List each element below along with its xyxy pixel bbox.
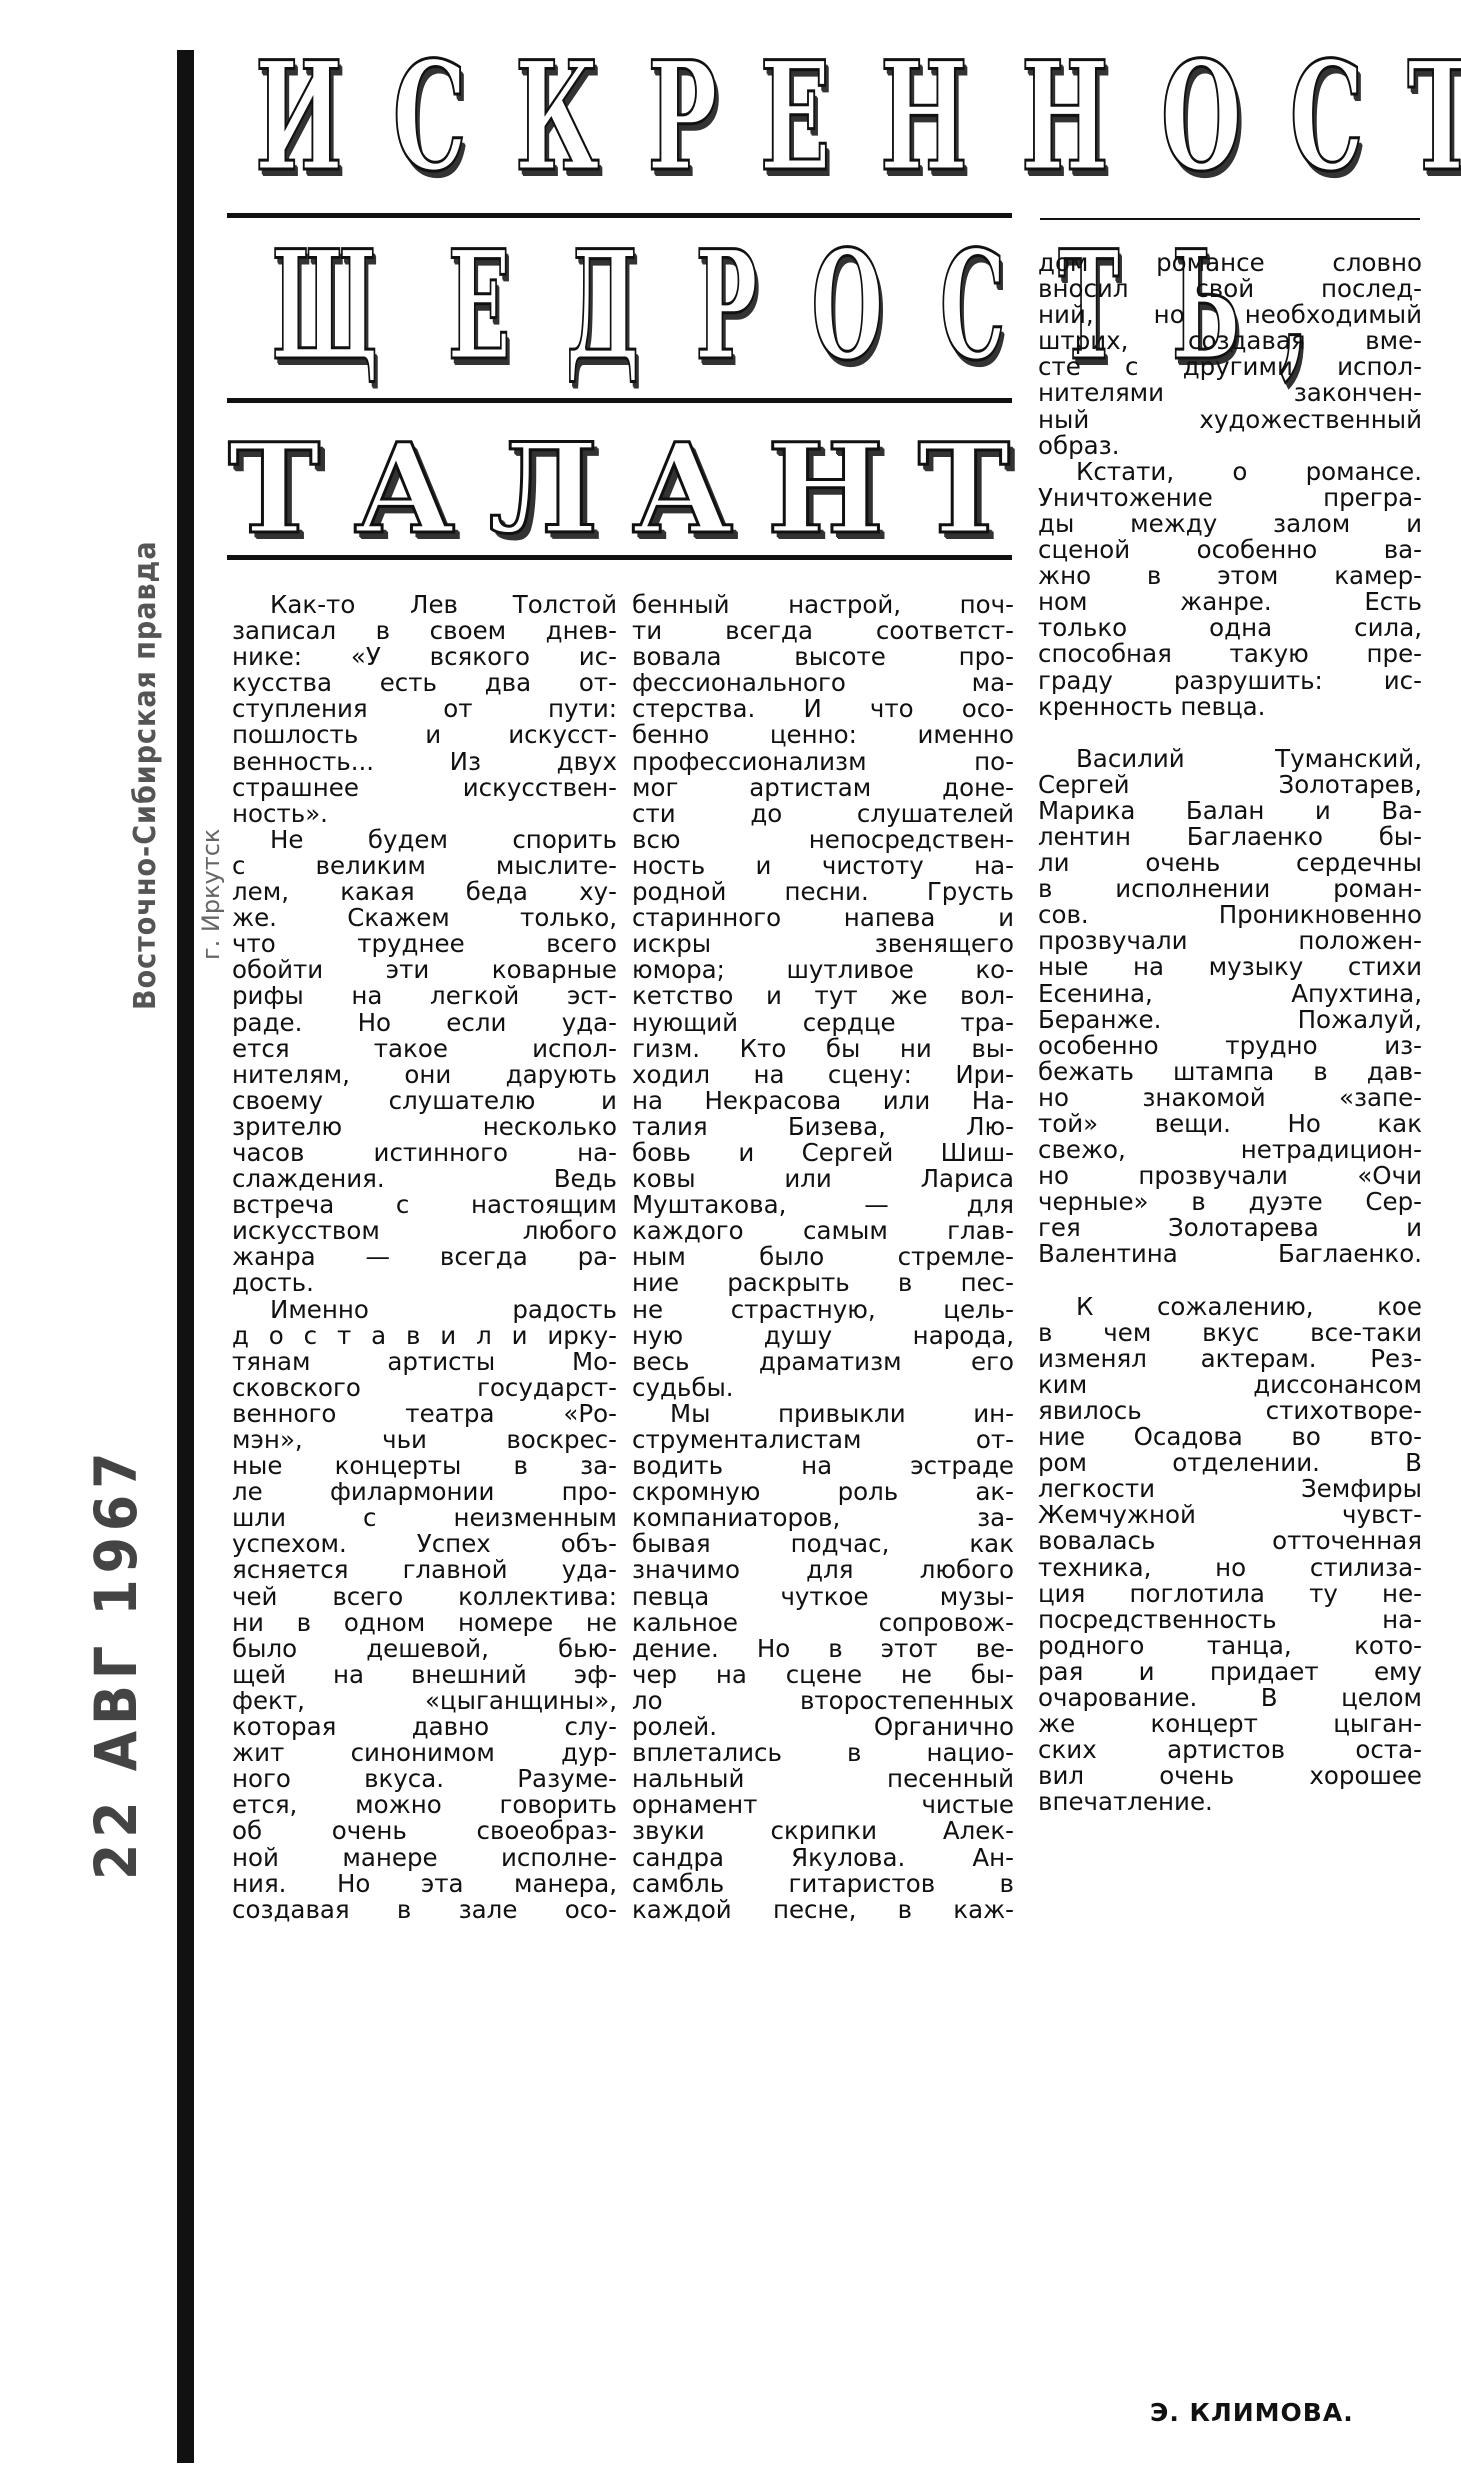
text-line: страшнее искусствен-	[232, 775, 617, 801]
text-line: ром отделении. В	[1038, 1450, 1422, 1476]
headline-line-2: ЩЕДРОСТЬ,	[228, 236, 1010, 376]
text-line: бенно ценно: именно	[632, 722, 1014, 748]
text-line: нальный песенный	[632, 1766, 1014, 1792]
text-line: значимо для любого	[632, 1557, 1014, 1583]
text-line: ность».	[232, 801, 617, 827]
text-line: фект, «цыганщины»,	[232, 1688, 617, 1714]
text-line: кетство и тут же вол-	[632, 983, 1014, 1009]
text-line: ным было стремле-	[632, 1244, 1014, 1270]
text-line: Мы привыкли ин-	[632, 1401, 1014, 1427]
text-line: нующий сердце тра-	[632, 1010, 1014, 1036]
text-line: каждого самым глав-	[632, 1218, 1014, 1244]
headline-letter: К	[515, 52, 600, 182]
text-line: своему слушателю и	[232, 1088, 617, 1114]
text-line: Беранже. Пожалуй,	[1038, 1007, 1422, 1033]
text-line: жанра — всегда ра-	[232, 1244, 617, 1270]
text-line: фессионального ма-	[632, 670, 1014, 696]
column-3-top-rule	[1040, 218, 1420, 220]
text-line: бовь и Сергей Шиш-	[632, 1140, 1014, 1166]
text-line: тянам артисты Мо-	[232, 1349, 617, 1375]
text-line: чер на сцене не бы-	[632, 1662, 1014, 1688]
text-line: записал в своем днев-	[232, 618, 617, 644]
text-line: ким диссонансом	[1038, 1372, 1422, 1398]
text-line: ние раскрыть в пес-	[632, 1270, 1014, 1296]
text-line: кусства есть два от-	[232, 670, 617, 696]
text-line: юмора; шутливое ко-	[632, 957, 1014, 983]
text-line: венного театра «Ро-	[232, 1401, 617, 1427]
text-line: струменталистам от-	[632, 1427, 1014, 1453]
headline-letter: Е	[448, 236, 511, 376]
text-line: родного танца, кото-	[1038, 1633, 1422, 1659]
text-line: обойти эти коварные	[232, 957, 617, 983]
text-line: шли с неизменным	[232, 1505, 617, 1531]
text-line: же. Скажем только,	[232, 905, 617, 931]
margin-bar	[177, 50, 194, 2463]
text-line: ни в одном номере не	[232, 1610, 617, 1636]
text-line: образ.	[1038, 433, 1422, 459]
text-line: д о с т а в и л и ирку-	[232, 1323, 617, 1349]
headline-letter: С	[1290, 52, 1364, 182]
text-line: слаждения. Ведь	[232, 1166, 617, 1192]
text-line: впечатление.	[1038, 1789, 1422, 1815]
text-line: водить на эстраде	[632, 1453, 1014, 1479]
text-line: рая и придает ему	[1038, 1659, 1422, 1685]
text-line: Валентина Баглаенко.	[1038, 1241, 1422, 1267]
text-line: гизм. Кто бы ни вы-	[632, 1036, 1014, 1062]
text-line: искры звенящего	[632, 931, 1014, 957]
text-line: искусством любого	[232, 1218, 617, 1244]
text-line: с великим мыслите-	[232, 853, 617, 879]
text-line: талия Бизева, Лю-	[632, 1114, 1014, 1140]
text-line: сценой особенно ва-	[1038, 537, 1422, 563]
text-line: дом романсе словно	[1038, 250, 1422, 276]
text-line: но прозвучали «Очи	[1038, 1163, 1422, 1189]
headline-letter: И	[255, 52, 343, 182]
text-line: весь драматизм его	[632, 1349, 1014, 1375]
headline-letter: С	[940, 236, 1006, 376]
text-line: способная такую пре-	[1038, 641, 1422, 667]
text-line: сте с другими испол-	[1038, 354, 1422, 380]
text-line: вносил свой послед-	[1038, 276, 1422, 302]
text-line: Василий Туманский,	[1038, 746, 1422, 772]
text-line: ность и чистоту на-	[632, 853, 1014, 879]
text-line: свежо, нетрадицион-	[1038, 1137, 1422, 1163]
headline-letter: Щ	[272, 236, 379, 376]
text-line: нике: «У всякого ис-	[232, 644, 617, 670]
text-line: дость.	[232, 1270, 617, 1296]
text-line: Именно радость	[232, 1297, 617, 1323]
text-line: посредственность на-	[1038, 1607, 1422, 1633]
text-line: пошлость и искусст-	[232, 722, 617, 748]
headline-letter: Т	[918, 440, 1010, 540]
text-line: мэн», чьи воскрес-	[232, 1427, 617, 1453]
text-line: стерства. И что осо-	[632, 696, 1014, 722]
headline-letter: Н	[767, 440, 884, 540]
text-line: только одна сила,	[1038, 615, 1422, 641]
text-line: той» вещи. Но как	[1038, 1111, 1422, 1137]
author-byline: Э. КЛИМОВА.	[1150, 2398, 1354, 2427]
newspaper-stamp: Восточно-Сибирская правда	[128, 540, 163, 1010]
text-line: которая давно слу-	[232, 1714, 617, 1740]
text-line: сковского государст-	[232, 1375, 617, 1401]
article-column-2: бенный настрой, поч-ти всегда соответст-…	[632, 592, 1014, 1923]
text-line: ном жанре. Есть	[1038, 589, 1422, 615]
headline-letter: Т	[228, 440, 320, 540]
text-line: чей всего коллектива:	[232, 1584, 617, 1610]
text-line: раде. Но если уда-	[232, 1010, 617, 1036]
text-line: жит синонимом дур-	[232, 1740, 617, 1766]
text-line: Не будем спорить	[232, 827, 617, 853]
text-line: всю непосредствен-	[632, 827, 1014, 853]
text-line: не страстную, цель-	[632, 1297, 1014, 1323]
article-column-1: Как-то Лев Толстойзаписал в своем днев-н…	[232, 592, 617, 1923]
headline-letter: Р	[647, 52, 717, 182]
text-line: сти до слушателей	[632, 801, 1014, 827]
text-line: ды между залом и	[1038, 511, 1422, 537]
city-stamp: г. Иркутск	[197, 829, 225, 960]
text-line: щей на внешний эф-	[232, 1662, 617, 1688]
text-line: прозвучали положен-	[1038, 928, 1422, 954]
text-line: певца чуткое музы-	[632, 1584, 1014, 1610]
text-line: Муштакова, — для	[632, 1192, 1014, 1218]
text-line: ние Осадова во вто-	[1038, 1424, 1422, 1450]
text-line: сандра Якулова. Ан-	[632, 1845, 1014, 1871]
text-line: кальное сопровож-	[632, 1610, 1014, 1636]
text-line: явилось стихотворе-	[1038, 1398, 1422, 1424]
text-line: ло второстепенных	[632, 1688, 1014, 1714]
headline-letter: А	[632, 440, 733, 540]
article-column-3: дом романсе словновносил свой послед-ний…	[1038, 250, 1422, 1815]
headline-line-1: ИСКРЕННОСТЬ,	[228, 52, 1010, 182]
text-line: же концерт цыган-	[1038, 1711, 1422, 1737]
text-line: Есенина, Апухтина,	[1038, 981, 1422, 1007]
text-line: ния. Но эта манера,	[232, 1871, 617, 1897]
text-line: лем, какая беда ху-	[232, 879, 617, 905]
text-line: рифы на легкой эст-	[232, 983, 617, 1009]
headline-letter: Н	[1021, 52, 1109, 182]
text-line: успехом. Успех объ-	[232, 1531, 617, 1557]
text-line: кренность певца.	[1038, 694, 1422, 720]
text-line: Жемчужной чувст-	[1038, 1502, 1422, 1528]
headline-letter: Е	[760, 52, 831, 182]
text-line: гея Золотарева и	[1038, 1215, 1422, 1241]
text-line: ные концерты в за-	[232, 1453, 617, 1479]
headline-line-3: ТАЛАНТ	[228, 440, 1010, 540]
text-line: профессионализм по-	[632, 749, 1014, 775]
text-line: ция поглотила ту не-	[1038, 1581, 1422, 1607]
text-line: штрих, создавая вме-	[1038, 328, 1422, 354]
text-line: венность... Из двух	[232, 749, 617, 775]
text-line: нителями закончен-	[1038, 380, 1422, 406]
text-line: каждой песне, в каж-	[632, 1897, 1014, 1923]
text-line: Как-то Лев Толстой	[232, 592, 617, 618]
text-line: скромную роль ак-	[632, 1479, 1014, 1505]
text-line: Кстати, о романсе.	[1038, 459, 1422, 485]
headline-letter: Д	[566, 236, 639, 376]
text-line: ный художественный	[1038, 407, 1422, 433]
text-line: ли очень сердечны	[1038, 850, 1422, 876]
text-line: ные на музыку стихи	[1038, 954, 1422, 980]
text-line: сов. Проникновенно	[1038, 902, 1422, 928]
text-line: судьбы.	[632, 1375, 1014, 1401]
text-line: ясняется главной уда-	[232, 1557, 617, 1583]
text-line: старинного напева и	[632, 905, 1014, 931]
text-line: на Некрасова или На-	[632, 1088, 1014, 1114]
text-line: мог артистам доне-	[632, 775, 1014, 801]
text-line: ступления от пути:	[232, 696, 617, 722]
headline-letter: Т	[1407, 52, 1461, 182]
text-line: Марика Балан и Ва-	[1038, 798, 1422, 824]
text-line: дение. Но в этот ве-	[632, 1636, 1014, 1662]
text-line: в чем вкус все-таки	[1038, 1320, 1422, 1346]
text-line: создавая в зале осо-	[232, 1897, 617, 1923]
text-line: ходил на сцену: Ири-	[632, 1062, 1014, 1088]
text-line: легкости Земфиры	[1038, 1476, 1422, 1502]
headline-rule-3	[227, 555, 1012, 560]
headline-letter: Р	[695, 236, 757, 376]
text-line: ется, можно говорить	[232, 1792, 617, 1818]
text-line: вовалась отточенная	[1038, 1528, 1422, 1554]
text-line: но знакомой «запе-	[1038, 1085, 1422, 1111]
text-line: ти всегда соответст-	[632, 618, 1014, 644]
text-line: лентин Баглаенко бы-	[1038, 824, 1422, 850]
text-line: ний, но необходимый	[1038, 302, 1422, 328]
text-line: орнамент чистые	[632, 1792, 1014, 1818]
text-line: в исполнении роман-	[1038, 876, 1422, 902]
text-line: бенный настрой, поч-	[632, 592, 1014, 618]
text-line: ковы или Лариса	[632, 1166, 1014, 1192]
text-line: ного вкуса. Разуме-	[232, 1766, 617, 1792]
headline-letter: С	[392, 52, 466, 182]
text-line: ется такое испол-	[232, 1036, 617, 1062]
headline-letter: Л	[489, 440, 599, 540]
text-line: компаниаторов, за-	[632, 1505, 1014, 1531]
headline-letter: А	[354, 440, 455, 540]
text-line: Уничтожение прегра-	[1038, 485, 1422, 511]
text-line: К сожалению, кое	[1038, 1294, 1422, 1320]
text-line: граду разрушить: ис-	[1038, 668, 1422, 694]
text-line: родной песни. Грусть	[632, 879, 1014, 905]
paragraph-gap	[1038, 720, 1422, 746]
text-line: встреча с настоящим	[232, 1192, 617, 1218]
headline-letter: Н	[880, 52, 968, 182]
text-line: зрителю несколько	[232, 1114, 617, 1140]
text-line: техника, но стилиза-	[1038, 1555, 1422, 1581]
text-line: вовала высоте про-	[632, 644, 1014, 670]
text-line: очарование. В целом	[1038, 1685, 1422, 1711]
text-line: было дешевой, бью-	[232, 1636, 617, 1662]
headline-letter: О	[812, 236, 884, 376]
text-line: изменял актерам. Рез-	[1038, 1346, 1422, 1372]
text-line: вил очень хорошее	[1038, 1763, 1422, 1789]
text-line: ную душу народа,	[632, 1323, 1014, 1349]
headline-rule-2	[227, 398, 1012, 403]
text-line: что труднее всего	[232, 931, 617, 957]
text-line: самбль гитаристов в	[632, 1871, 1014, 1897]
text-line: звуки скрипки Алек-	[632, 1818, 1014, 1844]
text-line: особенно трудно из-	[1038, 1033, 1422, 1059]
text-line: жно в этом камер-	[1038, 563, 1422, 589]
text-line: черные» в дуэте Сер-	[1038, 1189, 1422, 1215]
text-line: бывая подчас, как	[632, 1531, 1014, 1557]
headline-letter: О	[1161, 52, 1242, 182]
date-stamp: 22 АВГ 1967	[82, 1446, 150, 1880]
text-line: ле филармонии про-	[232, 1479, 617, 1505]
text-line: нителям, они дарують	[232, 1062, 617, 1088]
text-line: вплетались в нацио-	[632, 1740, 1014, 1766]
paragraph-gap	[1038, 1268, 1422, 1294]
text-line: ной манере исполне-	[232, 1845, 617, 1871]
text-line: бежать штампа в дав-	[1038, 1059, 1422, 1085]
text-line: ских артистов оста-	[1038, 1737, 1422, 1763]
text-line: ролей. Органично	[632, 1714, 1014, 1740]
text-line: Сергей Золотарев,	[1038, 772, 1422, 798]
text-line: часов истинного на-	[232, 1140, 617, 1166]
text-line: об очень своеобраз-	[232, 1818, 617, 1844]
